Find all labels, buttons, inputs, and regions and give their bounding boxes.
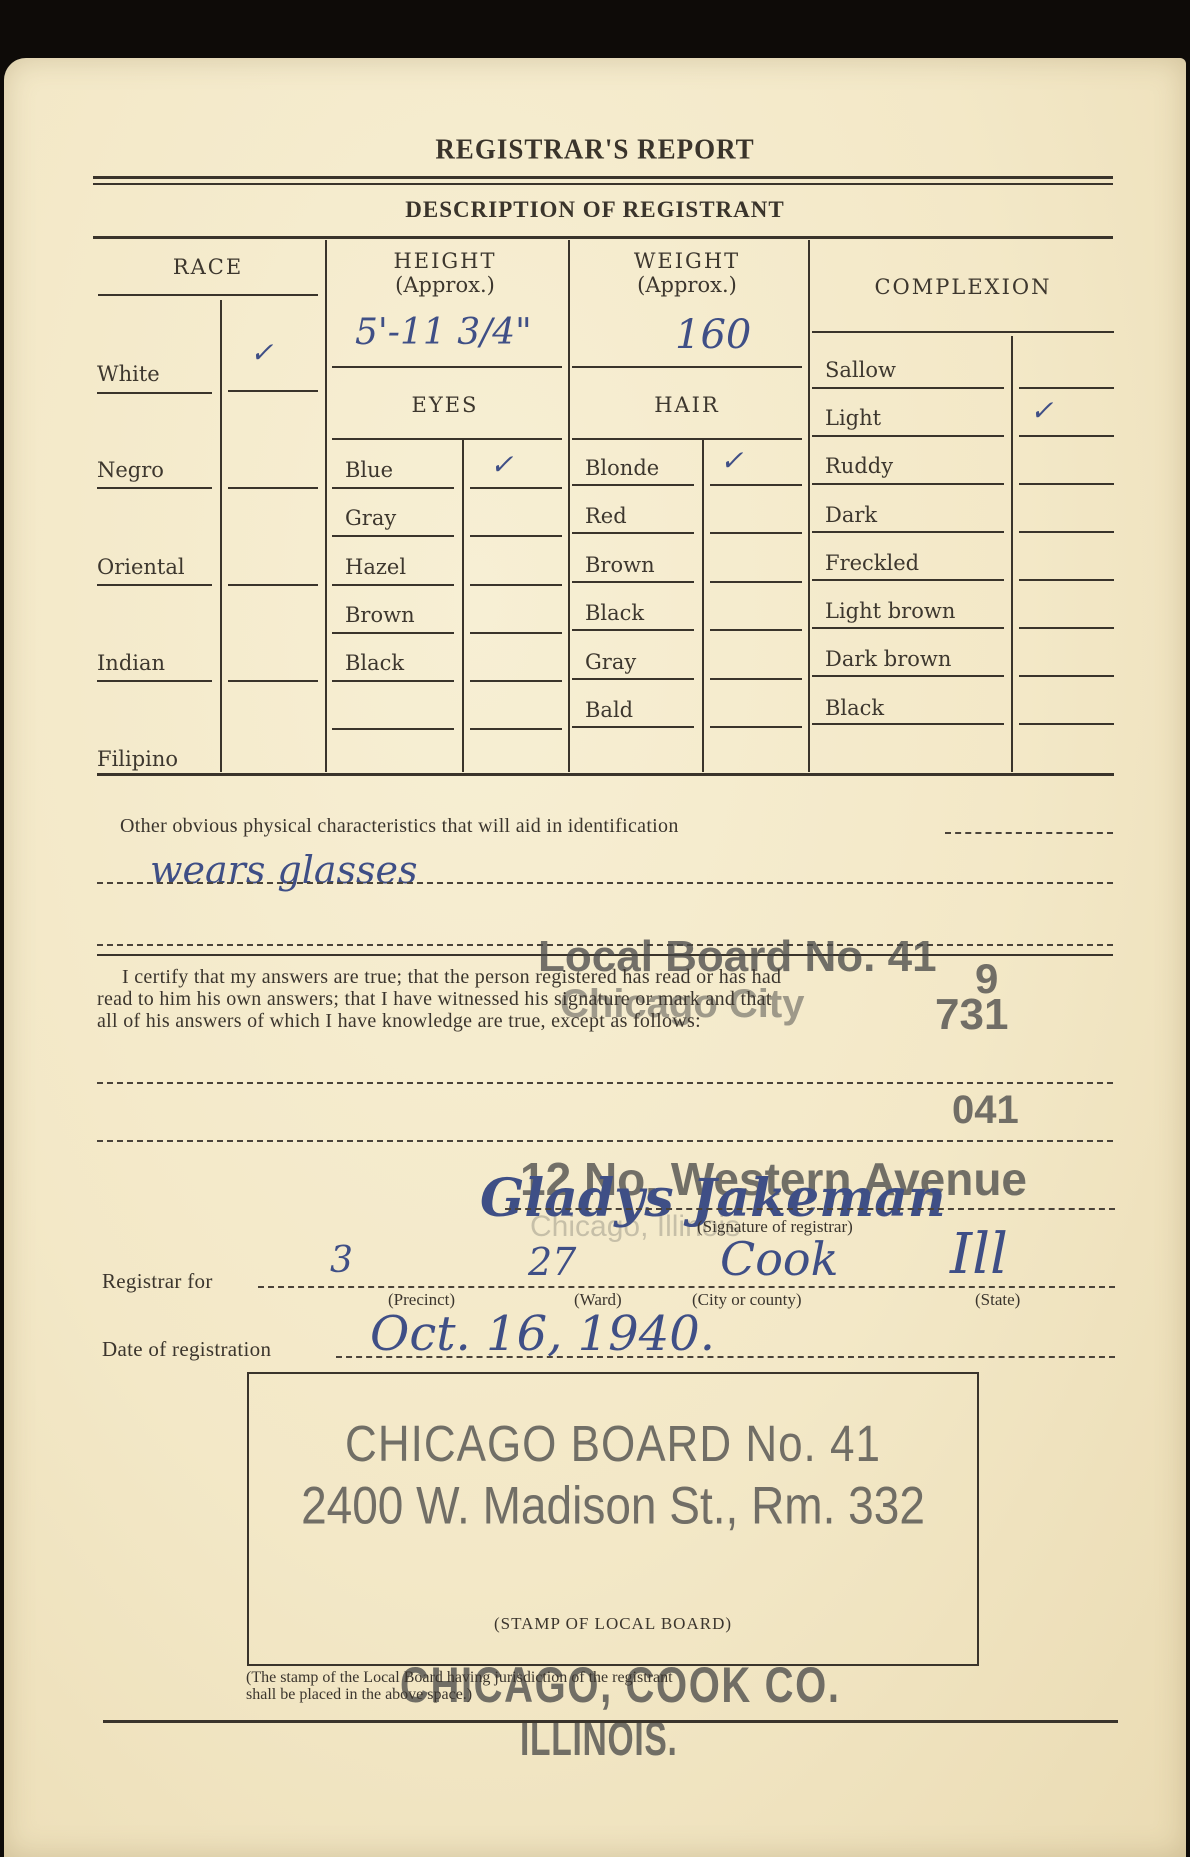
hair-option-blonde: Blonde bbox=[585, 456, 659, 480]
rule bbox=[812, 483, 1004, 485]
rule bbox=[332, 632, 454, 634]
certification-line3: all of his answers of which I have knowl… bbox=[97, 1010, 701, 1032]
eyes-option-blue: Blue bbox=[345, 458, 393, 482]
form-title: REGISTRAR'S REPORT bbox=[0, 133, 1190, 166]
rule bbox=[332, 487, 454, 489]
rule bbox=[1019, 627, 1114, 629]
city-or-county-value: Cook bbox=[720, 1232, 838, 1286]
race-option-filipino: Filipino bbox=[97, 747, 178, 771]
stamp-box-caption: (STAMP OF LOCAL BOARD) bbox=[247, 1614, 979, 1634]
rule bbox=[1019, 579, 1114, 581]
rule bbox=[97, 680, 212, 682]
stamp-number-bottom: 731 bbox=[935, 990, 1008, 1040]
divider bbox=[808, 240, 810, 772]
rule bbox=[97, 392, 212, 394]
rule bbox=[572, 532, 694, 534]
registrar-for-label: Registrar for bbox=[102, 1270, 213, 1292]
rule bbox=[710, 532, 802, 534]
rule bbox=[572, 581, 694, 583]
rule bbox=[97, 1082, 1113, 1084]
rule bbox=[98, 294, 318, 296]
rule bbox=[470, 487, 562, 489]
weight-subheader: (Approx.) bbox=[572, 272, 802, 298]
race-white-check-icon: ✓ bbox=[250, 336, 273, 369]
eyes-option-brown: Brown bbox=[345, 603, 415, 627]
rule bbox=[332, 728, 454, 730]
weight-value: 160 bbox=[675, 312, 751, 358]
rule bbox=[332, 680, 454, 682]
complexion-option-light-brown: Light brown bbox=[825, 599, 955, 623]
ward-value: 27 bbox=[528, 1240, 576, 1284]
other-characteristics-label: Other obvious physical characteristics t… bbox=[120, 815, 679, 837]
rule bbox=[332, 438, 562, 440]
eyes-option-gray: Gray bbox=[345, 506, 396, 530]
title-rule-bottom bbox=[93, 183, 1113, 185]
rule bbox=[710, 629, 802, 631]
board-stamp-line2: 2400 W. Madison St., Rm. 332 bbox=[247, 1474, 979, 1536]
race-option-white: White bbox=[97, 362, 160, 386]
divider bbox=[702, 440, 704, 772]
hair-blonde-check-icon: ✓ bbox=[720, 444, 743, 477]
weight-header: WEIGHT bbox=[572, 248, 802, 274]
rule bbox=[97, 1140, 1113, 1142]
complexion-option-sallow: Sallow bbox=[825, 358, 896, 382]
divider bbox=[1011, 336, 1013, 772]
complexion-header: COMPLEXION bbox=[812, 274, 1114, 300]
race-option-indian: Indian bbox=[97, 651, 165, 675]
rule bbox=[812, 531, 1004, 533]
complexion-light-check-icon: ✓ bbox=[1030, 394, 1053, 427]
rule bbox=[228, 680, 318, 682]
complexion-option-light: Light bbox=[825, 406, 881, 430]
rule bbox=[710, 484, 802, 486]
eyes-option-black: Black bbox=[345, 651, 404, 675]
hair-header: HAIR bbox=[572, 392, 802, 418]
eyes-blue-check-icon: ✓ bbox=[490, 448, 513, 481]
rule bbox=[812, 627, 1004, 629]
rule bbox=[1019, 675, 1114, 677]
eyes-header: EYES bbox=[330, 392, 560, 418]
rule bbox=[812, 387, 1004, 389]
rule bbox=[470, 535, 562, 537]
table-bottom-rule bbox=[97, 773, 1114, 776]
divider bbox=[325, 240, 327, 772]
rule bbox=[1019, 531, 1114, 533]
rule bbox=[1019, 483, 1114, 485]
title-rule-top bbox=[93, 176, 1113, 179]
rule bbox=[572, 726, 694, 728]
rule bbox=[710, 678, 802, 680]
rule bbox=[228, 584, 318, 586]
race-option-oriental: Oriental bbox=[97, 555, 185, 579]
certification-line2: read to him his own answers; that I have… bbox=[97, 988, 772, 1010]
rule bbox=[470, 632, 562, 634]
height-value: 5'-11 3/4" bbox=[355, 312, 532, 353]
divider bbox=[568, 240, 570, 772]
eyes-option-hazel: Hazel bbox=[345, 555, 406, 579]
height-subheader: (Approx.) bbox=[330, 272, 560, 298]
hair-option-gray: Gray bbox=[585, 650, 636, 674]
rule bbox=[572, 629, 694, 631]
rule bbox=[1019, 723, 1114, 725]
rule bbox=[97, 487, 212, 489]
complexion-option-dark-brown: Dark brown bbox=[825, 647, 951, 671]
other-characteristics-value: wears glasses bbox=[150, 848, 418, 892]
rule bbox=[812, 723, 1004, 725]
rule bbox=[945, 832, 1113, 834]
complexion-option-dark: Dark bbox=[825, 503, 877, 527]
rule bbox=[97, 584, 212, 586]
rule bbox=[470, 728, 562, 730]
form-subtitle: DESCRIPTION OF REGISTRANT bbox=[0, 197, 1190, 223]
date-of-registration-value: Oct. 16, 1940. bbox=[370, 1306, 715, 1362]
divider bbox=[220, 300, 222, 772]
rule bbox=[710, 726, 802, 728]
height-header: HEIGHT bbox=[330, 248, 560, 274]
race-header: RACE bbox=[98, 254, 318, 280]
rule bbox=[812, 579, 1004, 581]
table-top-rule bbox=[93, 236, 1113, 239]
rule bbox=[572, 484, 694, 486]
divider bbox=[462, 440, 464, 772]
rule bbox=[332, 535, 454, 537]
hair-option-black: Black bbox=[585, 601, 644, 625]
rule bbox=[1019, 387, 1114, 389]
rule bbox=[332, 366, 562, 368]
state-value: Ill bbox=[950, 1222, 1008, 1287]
rule bbox=[812, 675, 1004, 677]
signature-line bbox=[505, 1208, 1115, 1210]
rule bbox=[812, 331, 1114, 333]
footnote-line1: (The stamp of the Local Board having jur… bbox=[246, 1670, 673, 1686]
precinct-value: 3 bbox=[330, 1240, 353, 1281]
date-of-registration-label: Date of registration bbox=[102, 1338, 271, 1360]
rule bbox=[1019, 435, 1114, 437]
rule bbox=[572, 366, 802, 368]
race-option-negro: Negro bbox=[97, 458, 164, 482]
rule bbox=[332, 584, 454, 586]
rule bbox=[572, 678, 694, 680]
rule bbox=[710, 581, 802, 583]
rule bbox=[228, 390, 318, 392]
rule bbox=[812, 435, 1004, 437]
rule bbox=[572, 438, 802, 440]
footer-rule bbox=[103, 1720, 1118, 1723]
complexion-option-ruddy: Ruddy bbox=[825, 454, 893, 478]
complexion-option-black: Black bbox=[825, 696, 884, 720]
certification-line1: I certify that my answers are true; that… bbox=[122, 966, 781, 988]
rule bbox=[97, 882, 1113, 884]
rule bbox=[470, 584, 562, 586]
hair-option-bald: Bald bbox=[585, 698, 633, 722]
hair-option-brown: Brown bbox=[585, 553, 655, 577]
complexion-option-freckled: Freckled bbox=[825, 551, 919, 575]
rule bbox=[228, 487, 318, 489]
hair-option-red: Red bbox=[585, 504, 627, 528]
stamp-code: 041 bbox=[952, 1088, 1019, 1133]
board-stamp-line1: CHICAGO BOARD No. 41 bbox=[247, 1416, 979, 1474]
footnote-line2: shall be placed in the above space.) bbox=[246, 1687, 472, 1703]
rule bbox=[470, 680, 562, 682]
state-caption: (State) bbox=[975, 1290, 1020, 1310]
